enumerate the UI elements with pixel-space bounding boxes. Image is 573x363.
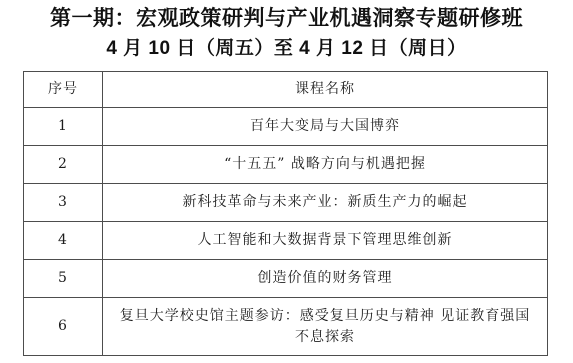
table-header-row: 序号 课程名称	[24, 72, 548, 108]
document-page: 第一期：宏观政策研判与产业机遇洞察专题研修班 4 月 10 日（周五）至 4 月…	[0, 0, 573, 363]
row-course-name: “十五五” 战略方向与机遇把握	[103, 146, 548, 184]
row-serial-number: 6	[24, 298, 103, 356]
row-serial-number: 2	[24, 146, 103, 184]
header-serial-number: 序号	[24, 72, 103, 108]
table-row: 5 创造价值的财务管理	[24, 260, 548, 298]
header-course-name: 课程名称	[103, 72, 548, 108]
table-row: 2 “十五五” 战略方向与机遇把握	[24, 146, 548, 184]
row-course-name: 创造价值的财务管理	[103, 260, 548, 298]
date-line: 4 月 10 日（周五）至 4 月 12 日（周日）	[0, 32, 573, 61]
table-row: 1 百年大变局与大国博弈	[24, 108, 548, 146]
row-serial-number: 3	[24, 184, 103, 222]
row-course-name: 人工智能和大数据背景下管理思维创新	[103, 222, 548, 260]
course-table: 序号 课程名称 1 百年大变局与大国博弈 2 “十五五” 战略方向与机遇把握 3…	[23, 71, 548, 356]
row-serial-number: 4	[24, 222, 103, 260]
row-serial-number: 1	[24, 108, 103, 146]
table-row: 3 新科技革命与未来产业：新质生产力的崛起	[24, 184, 548, 222]
page-title: 第一期：宏观政策研判与产业机遇洞察专题研修班	[0, 0, 573, 32]
table-row: 6 复旦大学校史馆主题参访：感受复旦历史与精神 见证教育强国 不息探索	[24, 298, 548, 356]
row-course-name: 新科技革命与未来产业：新质生产力的崛起	[103, 184, 548, 222]
row-course-name: 复旦大学校史馆主题参访：感受复旦历史与精神 见证教育强国 不息探索	[103, 298, 548, 356]
row-serial-number: 5	[24, 260, 103, 298]
table-row: 4 人工智能和大数据背景下管理思维创新	[24, 222, 548, 260]
row-course-name: 百年大变局与大国博弈	[103, 108, 548, 146]
